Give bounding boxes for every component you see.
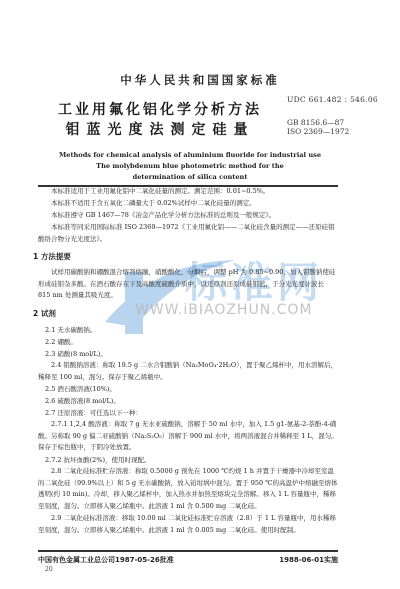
- title-cn-line2: 钼蓝光度法测定硅量: [0, 119, 360, 139]
- intro-compliance: 本标准遵守 GB 1467—78《冶金产品化学分析方法标准的总则及一般规定》。: [38, 210, 338, 222]
- section2-heading: 2 试剂: [33, 308, 56, 319]
- reagent-2-9: 2.9 二氧化硅标准溶液：移取 10.00 ml 二氧化硅标准贮存溶液（2.8）…: [38, 513, 338, 536]
- intro-exclusion: 本标准不适用于含五氧化二磷量大于 0.02%试样中二氧化硅量的测定。: [38, 198, 338, 210]
- title-cn-line1: 工业用氟化铝化学分析方法: [0, 99, 360, 119]
- title-en-line1: Methods for chemical analysis of alumini…: [0, 151, 390, 159]
- reagent-2-7: 2.7 还原溶液：可任选以下一种：: [45, 408, 142, 417]
- approval-date: 中国有色金属工业总公司1987-05-26批准: [38, 555, 174, 565]
- title-en-line2: The molybdenum blue photometric method f…: [0, 162, 390, 170]
- reagent-2-2: 2.2 硼酸。: [45, 337, 77, 346]
- section1-heading: 1 方法提要: [33, 251, 71, 262]
- intro-scope: 本标准适用于工业用氟化铝中二氧化硅量的测定。测定范围：0.01~0.5%。: [38, 186, 338, 198]
- reagent-2-1: 2.1 无水碳酸钠。: [45, 325, 96, 334]
- page-number: 20: [45, 566, 53, 573]
- reagent-2-8: 2.8 二氧化硅标准贮存溶液：称取 0.5000 g 预先在 1000 ℃灼烧 …: [38, 466, 338, 512]
- effective-date: 1988-06-01实施: [279, 555, 338, 565]
- reagent-2-6: 2.6 硫酸溶液(8 mol/L)。: [45, 396, 120, 405]
- footer-divider: [38, 550, 338, 552]
- watermark-url: WWW.iBIAOZHUN.COM: [135, 302, 313, 318]
- reagent-2-7-1: 2.7.1 1,2,4 酸溶液：称取 7 g 无水亚硫酸钠，溶解于 50 ml …: [38, 419, 338, 454]
- section1-text: 试样用碳酸钠和硼酸混合熔剂熔融，硝酸酸化，分取后，调整 pH 为 0.85~0.…: [38, 267, 338, 302]
- reagent-2-3: 2.3 硝酸(8 mol/L)。: [45, 349, 107, 358]
- national-standard-header: 中华人民共和国国家标准: [0, 72, 400, 88]
- intro-equivalence: 本标准等同采用国际标准 ISO 2369—1972《工业用氟化铝——二氧化硅含量…: [38, 222, 338, 245]
- title-en-line3: determination of silica content: [0, 173, 390, 181]
- reagent-2-7-2: 2.7.2 抗坏血酸(2%)，使用时现配。: [45, 455, 151, 464]
- reagent-2-5: 2.5 酒石酸溶液(10%)。: [45, 384, 116, 393]
- reagent-2-4: 2.4 钼酸钠溶液：称取 19.5 g 二水合钼酸钠（Na₂MoO₄·2H₂O）…: [38, 360, 338, 383]
